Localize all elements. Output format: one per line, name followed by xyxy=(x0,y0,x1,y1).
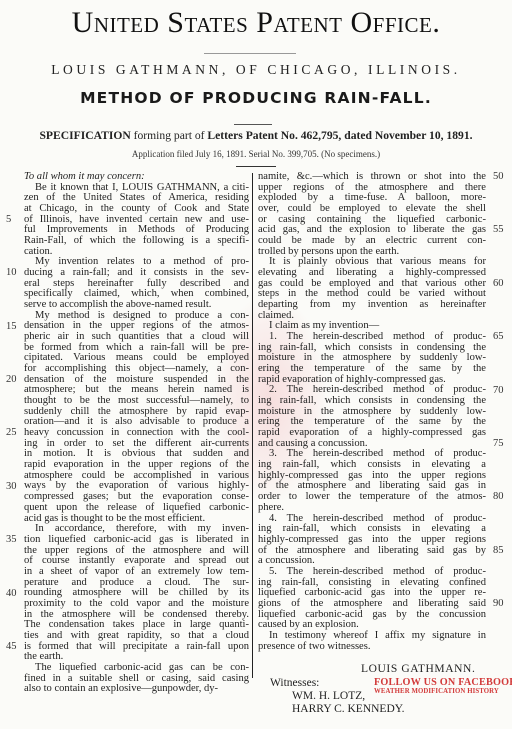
line-number: 15 xyxy=(6,321,17,332)
text-line: quent upon the release of liquefied carb… xyxy=(24,503,249,514)
line-number: 30 xyxy=(6,481,17,492)
text-line: gions of the atmosphere and liberating s… xyxy=(258,599,486,610)
witness-2: HARRY C. KENNEDY. xyxy=(292,703,404,715)
right-column: namite, &c.—which is thrown or shot into… xyxy=(258,172,486,652)
text-line: order to lower the temperature of the at… xyxy=(258,492,486,503)
line-number: 45 xyxy=(6,641,17,652)
line-number: 80 xyxy=(493,491,504,502)
patent-page: United States Patent Office. LOUIS GATHM… xyxy=(0,0,512,729)
inventor-line: LOUIS GATHMANN, OF CHICAGO, ILLINOIS. xyxy=(0,62,512,78)
line-number: 5 xyxy=(6,214,11,225)
invention-title: METHOD OF PRODUCING RAIN-FALL. xyxy=(0,89,512,107)
text-line: Rain-Fall, of which the following is a s… xyxy=(24,236,249,247)
specification-line: SPECIFICATION forming part of Letters Pa… xyxy=(0,129,512,142)
line-number: 90 xyxy=(493,598,504,609)
text-line: presence of two witnesses. xyxy=(258,642,486,653)
line-number: 65 xyxy=(493,331,504,342)
line-number: 55 xyxy=(493,224,504,235)
inventor-signature: LOUIS GATHMANN. xyxy=(361,663,475,675)
column-divider xyxy=(252,173,253,678)
spec-label: SPECIFICATION xyxy=(39,129,130,142)
witnesses-label: Witnesses: xyxy=(270,677,319,689)
text-line: highly-compressed gas into the upper reg… xyxy=(258,535,486,546)
text-line: 5. The herein-described method of produc… xyxy=(258,567,486,578)
text-line: also to contain an explosive—gunpowder, … xyxy=(24,684,249,695)
line-number: 40 xyxy=(6,588,17,599)
text-line: In testimony whereof I affix my signatur… xyxy=(258,631,486,642)
line-number: 25 xyxy=(6,427,17,438)
line-number: 75 xyxy=(493,438,504,449)
line-number: 35 xyxy=(6,534,17,545)
line-number: 85 xyxy=(493,545,504,556)
line-number: 20 xyxy=(6,374,17,385)
column-top-rule xyxy=(236,166,276,167)
line-number: 50 xyxy=(493,171,504,182)
line-number: 10 xyxy=(6,267,17,278)
left-column: To all whom it may concern:Be it known t… xyxy=(24,172,249,695)
text-line: The liquefied carbonic-acid gas can be c… xyxy=(24,663,249,674)
watermark-subtitle: WEATHER MODIFICATION HISTORY xyxy=(374,688,499,695)
text-line: phere. xyxy=(258,503,486,514)
line-number: 60 xyxy=(493,278,504,289)
spec-mid: forming part of xyxy=(131,129,208,142)
spec-letters: Letters Patent No. 462,795, xyxy=(207,129,341,142)
text-line: in a sheet of vapor of an extremely low … xyxy=(24,567,249,578)
facebook-watermark: FOLLOW US ON FACEBOOK xyxy=(374,677,512,688)
title-rule xyxy=(234,124,272,125)
text-line: proximity to the cold vapor and the mois… xyxy=(24,599,249,610)
spec-date: dated November 10, 1891. xyxy=(341,129,472,142)
header-rule xyxy=(204,53,296,54)
application-line: Application filed July 16, 1891. Serial … xyxy=(0,149,512,159)
witness-1: WM. H. LOTZ, xyxy=(292,690,365,702)
text-line: tion liquefied carbonic-acid gas is libe… xyxy=(24,535,249,546)
line-number: 70 xyxy=(493,385,504,396)
text-line: ties and with great rapidity, so that a … xyxy=(24,631,249,642)
office-title: United States Patent Office. xyxy=(0,6,512,40)
